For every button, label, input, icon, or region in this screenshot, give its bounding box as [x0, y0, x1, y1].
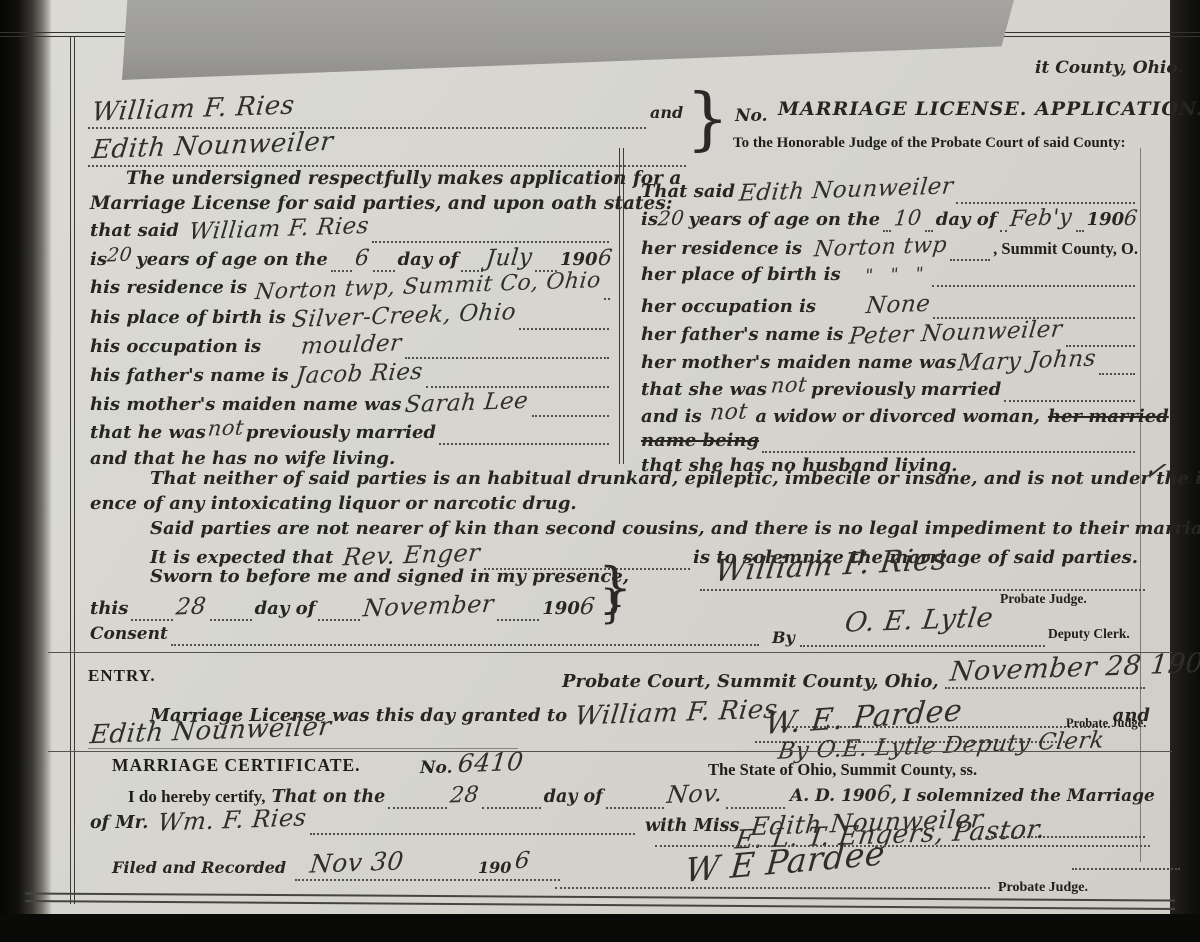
dotted-fill	[883, 209, 891, 232]
bride-widow-struck-2: name being	[641, 430, 759, 451]
entry-section-divider	[48, 652, 1172, 653]
dotted-fill	[461, 249, 483, 272]
deputy-clerk-label: Deputy Clerk.	[1048, 626, 1130, 642]
groom-occupation-value: moulder	[300, 330, 403, 360]
ad-label: A. D. 190	[790, 786, 877, 806]
certify-label: I do hereby certify,	[128, 787, 266, 807]
dotted-fill	[310, 813, 635, 835]
dotted-fill	[519, 307, 609, 330]
entry-heading: ENTRY.	[88, 666, 156, 686]
dotted-fill	[210, 598, 252, 621]
license-no-label: No.	[735, 106, 768, 126]
groom-age-suffix-label: years of age on the	[136, 249, 328, 270]
dotted-fill	[762, 430, 1135, 453]
groom-name-underline	[88, 112, 646, 129]
field-groom-mother: his mother's maiden name was Sarah Lee	[90, 390, 612, 417]
filed-date-underline	[295, 864, 560, 881]
bride-age-value: 20	[657, 205, 686, 230]
groom-day-of-label: day of	[398, 249, 459, 270]
names-brace: }	[686, 80, 729, 159]
margin-check-mark: ✓	[1142, 455, 1168, 488]
field-bride-mother: her mother's maiden name was Mary Johns	[641, 348, 1138, 375]
entry-groom-value: William F. Ries	[574, 694, 780, 731]
groom-no-wife-line: and that he has no wife living.	[90, 448, 395, 469]
dotted-fill	[405, 336, 609, 359]
bottom-scan-band	[0, 914, 1200, 942]
top-right-stub-line	[1072, 853, 1180, 870]
dotted-fill	[956, 181, 1135, 204]
left-binding-shadow	[0, 0, 52, 942]
dotted-fill	[532, 394, 609, 417]
groom-age-value: 20	[106, 244, 133, 267]
dotted-fill	[1000, 209, 1008, 232]
date-brace: }	[600, 582, 625, 628]
entry-date-underline	[945, 672, 1145, 689]
field-certificate-date: I do hereby certify, That on the 28 day …	[128, 780, 788, 809]
bride-occupation-value: None	[865, 291, 932, 319]
consent-label: Consent	[90, 624, 168, 644]
expected-label: It is expected that	[150, 547, 333, 568]
bride-year-printed: 190	[1087, 209, 1125, 230]
bride-prev-married-label2: previously married	[811, 379, 1001, 400]
field-consent: Consent	[90, 624, 762, 646]
certificate-month-value: Nov.	[666, 779, 725, 809]
groom-father-value: Jacob Ries	[295, 359, 424, 390]
groom-signature-underline	[700, 574, 1145, 591]
certificate-groom-value: Wm. F. Ries	[157, 803, 308, 836]
filed-judge-underline	[555, 872, 990, 889]
dotted-fill	[933, 296, 1135, 319]
field-groom-occupation: his occupation is moulder	[90, 332, 612, 359]
bride-day-of-label: day of	[936, 209, 997, 230]
groom-year-printed: 190	[560, 249, 598, 270]
field-bride-birthplace: her place of birth is " " "	[641, 264, 1138, 287]
certificate-no-label: No.	[420, 758, 453, 778]
field-bride-widow-2: name being	[641, 430, 1138, 453]
bride-month-value: Feb'y	[1009, 205, 1074, 232]
groom-mother-label: his mother's maiden name was	[90, 394, 401, 415]
groom-prev-married-label1: that he was	[90, 422, 206, 443]
bride-prev-married-value: not	[770, 372, 809, 397]
dotted-fill	[439, 422, 609, 445]
sworn-day-of-label: day of	[255, 598, 316, 619]
bride-day-value: 10	[893, 205, 923, 230]
groom-residence-label: his residence is	[90, 277, 247, 298]
field-bride-age-date: is 20 years of age on the 10 day of Feb'…	[641, 206, 1138, 232]
field-groom-prev-married: that he was not previously married	[90, 419, 612, 445]
salutation: To the Honorable Judge of the Probate Co…	[733, 135, 1126, 152]
state-line: The State of Ohio, Summit County, ss.	[708, 760, 977, 780]
bride-widow-struck-1: her married	[1048, 406, 1169, 427]
bride-mother-value: Mary Johns	[957, 346, 1098, 377]
certificate-day-value: 28	[449, 782, 481, 808]
groom-mother-value: Sarah Lee	[404, 388, 530, 418]
groom-day-value: 6	[354, 246, 371, 272]
groom-name-value: William F. Ries	[188, 213, 371, 245]
bride-widow-value: not	[708, 399, 748, 425]
bride-occupation-label: her occupation is	[641, 296, 816, 317]
pastor-signature-underline	[655, 830, 1150, 847]
solemnized-label: , I solemnized the Marriage	[891, 786, 1155, 806]
bride-that-said-label: That said	[641, 181, 735, 202]
intro-line-1: The undersigned respectfully makes appli…	[126, 168, 681, 189]
bride-residence-label: her residence is	[641, 238, 802, 259]
this-label: this	[90, 598, 128, 619]
clerk-signature-underline	[800, 630, 1045, 647]
dotted-fill	[925, 209, 933, 232]
groom-is-label: is	[90, 249, 107, 270]
groom-residence-value: Norton twp, Summit Co, Ohio	[254, 268, 602, 305]
groom-birthplace-label: his place of birth is	[90, 307, 286, 328]
dotted-fill	[171, 624, 759, 646]
bride-is-label: is	[641, 209, 658, 230]
field-groom-name: that said William F. Ries	[90, 216, 612, 243]
groom-that-said-label: that said	[90, 220, 179, 241]
bride-prev-married-label1: that she was	[641, 379, 767, 400]
left-margin-rule	[70, 36, 75, 904]
sworn-day-value: 28	[175, 593, 208, 620]
by-label: By	[772, 628, 795, 647]
sobriety-line-2: ence of any intoxicating liquor or narco…	[90, 493, 577, 514]
bride-father-label: her father's name is	[641, 324, 843, 345]
entry-bride-underline	[88, 733, 518, 749]
of-mr-label: of Mr.	[90, 813, 148, 833]
bride-mother-label: her mother's maiden name was	[641, 352, 956, 373]
sworn-year-digit: 6	[578, 594, 596, 621]
dotted-fill	[131, 598, 173, 621]
field-bride-father: her father's name is Peter Nounweiler	[641, 320, 1138, 347]
field-certificate-groom: of Mr. Wm. F. Ries	[90, 806, 638, 835]
bride-widow-label2: a widow or divorced woman,	[755, 406, 1040, 427]
sworn-year-printed: 190	[542, 598, 580, 619]
kin-line: Said parties are not nearer of kin than …	[150, 518, 1200, 539]
groom-prev-married-label2: previously married	[246, 422, 436, 443]
groom-month-value: July	[485, 244, 534, 272]
bride-birthplace-value: " " "	[864, 264, 930, 286]
certificate-day-of-label: day of	[544, 787, 603, 807]
field-groom-father: his father's name is Jacob Ries	[90, 361, 612, 388]
field-groom-residence: his residence is Norton twp, Summit Co, …	[90, 274, 612, 300]
certificate-year-digit: 6	[875, 782, 892, 808]
dotted-fill	[726, 787, 785, 809]
bride-birthplace-label: her place of birth is	[641, 264, 841, 285]
bride-residence-suffix: , Summit County, O.	[993, 239, 1138, 259]
dotted-fill	[1076, 209, 1084, 232]
dotted-fill	[1066, 324, 1135, 347]
certificate-section-divider	[48, 751, 1172, 752]
groom-prev-married-value: not	[206, 415, 245, 440]
dotted-fill	[331, 249, 353, 272]
probate-judge-label-1: Probate Judge.	[1000, 591, 1087, 607]
dotted-fill	[1004, 379, 1135, 402]
dotted-fill	[932, 264, 1135, 287]
dotted-fill	[497, 598, 539, 621]
field-bride-name: That said Edith Nounweiler	[641, 177, 1138, 204]
bride-father-value: Peter Nounweiler	[848, 316, 1064, 350]
and-label: and	[650, 103, 683, 122]
dotted-fill	[604, 277, 610, 300]
scanned-marriage-record: it County, Ohio. William F. Ries and } N…	[0, 0, 1200, 942]
groom-father-label: his father's name is	[90, 365, 288, 386]
bride-year-digit: 6	[1123, 206, 1139, 231]
county-header: it County, Ohio.	[1035, 58, 1183, 78]
bride-name-value: Edith Nounweiler	[738, 173, 955, 207]
dotted-fill	[426, 365, 609, 388]
dotted-fill	[373, 249, 395, 272]
bride-age-suffix-label: years of age on the	[688, 209, 880, 230]
dotted-fill	[950, 238, 990, 261]
bride-name-underline	[88, 150, 686, 167]
sobriety-line-1: That neither of said parties is an habit…	[150, 468, 1200, 489]
bride-widow-label1: and is	[641, 406, 702, 427]
dotted-fill	[318, 598, 360, 621]
field-sworn-date: this 28 day of November 190 6	[90, 592, 595, 621]
probate-judge-label-3: Probate Judge.	[998, 880, 1088, 896]
certificate-number: 6410	[456, 747, 525, 778]
groom-occupation-label: his occupation is	[90, 336, 261, 357]
field-certificate-year: A. D. 190 6 , I solemnized the Marriage	[790, 782, 1148, 807]
sworn-line: Sworn to before me and signed in my pres…	[150, 566, 629, 587]
dotted-fill	[372, 220, 609, 243]
dotted-fill	[1099, 352, 1135, 375]
intro-line-2: Marriage License for said parties, and u…	[90, 193, 673, 214]
groom-birthplace-value: Silver-Creek, Ohio	[290, 299, 517, 333]
certificate-heading: MARRIAGE CERTIFICATE.	[112, 755, 361, 776]
bride-residence-value: Norton twp	[813, 233, 949, 263]
right-margin-rule	[1140, 148, 1141, 862]
entry-court-line: Probate Court, Summit County, Ohio,	[562, 671, 939, 692]
dotted-fill	[535, 249, 557, 272]
field-groom-age-date: is 20 years of age on the 6 day of July …	[90, 245, 612, 272]
field-groom-birthplace: his place of birth is Silver-Creek, Ohio	[90, 303, 612, 330]
field-bride-prev-married: that she was not previously married	[641, 376, 1138, 402]
filed-label: Filed and Recorded	[112, 858, 286, 877]
field-bride-residence: her residence is Norton twp , Summit Cou…	[641, 235, 1138, 261]
form-title: MARRIAGE LICENSE. APPLICATION.	[778, 98, 1200, 120]
field-bride-widow: and is not a widow or divorced woman, he…	[641, 403, 1138, 428]
field-bride-occupation: her occupation is None	[641, 292, 1138, 319]
sworn-month-value: November	[362, 590, 496, 623]
